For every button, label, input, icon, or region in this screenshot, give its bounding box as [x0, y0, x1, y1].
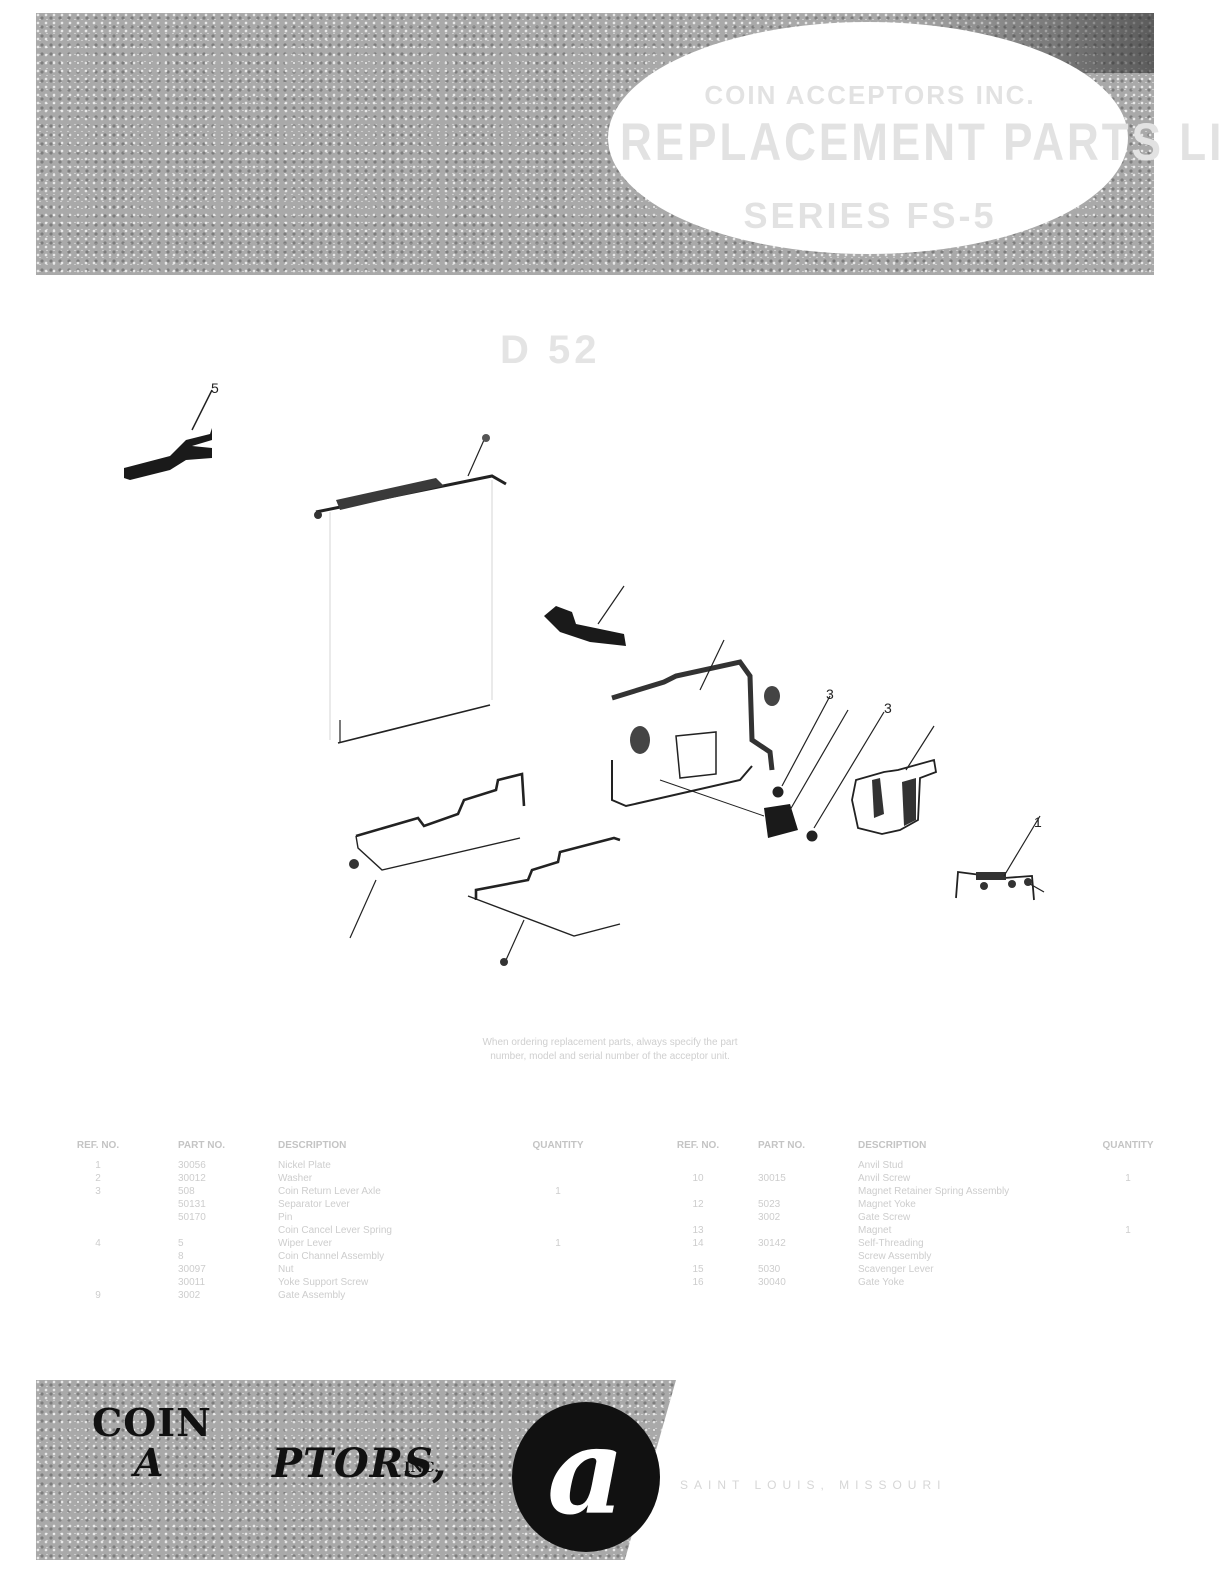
- exploded-parts-diagram: 5 3 3 1: [0, 360, 1224, 1020]
- part-number-cell: 30040: [758, 1277, 828, 1288]
- ordering-note-line2: number, model and serial number of the a…: [380, 1050, 840, 1064]
- description-cell: Magnet Retainer Spring Assembly: [858, 1186, 1118, 1197]
- quantity-cell: 1: [1098, 1225, 1158, 1236]
- header-series: SERIES FS-5: [620, 195, 1120, 237]
- part-coin-channel-frame: [612, 640, 798, 838]
- part-number-cell: 8: [178, 1251, 248, 1262]
- part-number-cell: 30015: [758, 1173, 828, 1184]
- col-ref: REF. NO.: [68, 1140, 128, 1151]
- description-cell: Coin Cancel Lever Spring: [278, 1225, 538, 1236]
- ref-cell: 10: [668, 1173, 728, 1184]
- ref-cell: 3: [68, 1186, 128, 1197]
- part-number-cell: 30056: [178, 1160, 248, 1171]
- parts-table-left: REF. NO. PART NO. DESCRIPTION QUANTITY 1…: [68, 1140, 588, 1303]
- table-header: REF. NO. PART NO. DESCRIPTION QUANTITY: [68, 1140, 588, 1160]
- table-row: Anvil Stud: [668, 1160, 1168, 1173]
- part-lower-plate-a: [349, 774, 524, 938]
- callout-1: 1: [1034, 814, 1042, 830]
- description-cell: Wiper Lever: [278, 1238, 538, 1249]
- ref-cell: 9: [68, 1290, 128, 1301]
- callout-3a: 3: [826, 686, 834, 702]
- description-cell: Scavenger Lever: [858, 1264, 1118, 1275]
- table-row: 93002Gate Assembly: [68, 1290, 588, 1303]
- table-row: Coin Cancel Lever Spring: [68, 1225, 588, 1238]
- table-row: 50131Separator Lever: [68, 1199, 588, 1212]
- quantity-cell: 1: [528, 1238, 588, 1249]
- table-row: 1030015Anvil Screw1: [668, 1173, 1168, 1186]
- table-row: 1430142Self-Threading: [668, 1238, 1168, 1251]
- ref-cell: 12: [668, 1199, 728, 1210]
- description-cell: Nickel Plate: [278, 1160, 538, 1171]
- table-row: 155030Scavenger Lever: [668, 1264, 1168, 1277]
- part-main-plate: [314, 434, 506, 743]
- part-number-cell: 5023: [758, 1199, 828, 1210]
- part-number-cell: 50131: [178, 1199, 248, 1210]
- company-name-line2a: A: [134, 1440, 163, 1485]
- description-cell: Coin Return Lever Axle: [278, 1186, 538, 1197]
- part-number-cell: 30142: [758, 1238, 828, 1249]
- col-desc: DESCRIPTION: [278, 1140, 538, 1151]
- ref-cell: 16: [668, 1277, 728, 1288]
- company-address: SAINT LOUIS, MISSOURI: [680, 1478, 1170, 1492]
- description-cell: Magnet Yoke: [858, 1199, 1118, 1210]
- table-row: 30011Yoke Support Screw: [68, 1277, 588, 1290]
- description-cell: Separator Lever: [278, 1199, 538, 1210]
- ref-cell: 2: [68, 1173, 128, 1184]
- ref-cell: 13: [668, 1225, 728, 1236]
- table-row: 3002Gate Screw: [668, 1212, 1168, 1225]
- table-row: 13Magnet1: [668, 1225, 1168, 1238]
- description-cell: Gate Screw: [858, 1212, 1118, 1223]
- header-company: COIN ACCEPTORS INC.: [620, 80, 1120, 111]
- ref-cell: 4: [68, 1238, 128, 1249]
- table-row: 230012Washer: [68, 1173, 588, 1186]
- description-cell: Magnet: [858, 1225, 1118, 1236]
- part-number-cell: 50170: [178, 1212, 248, 1223]
- description-cell: Gate Assembly: [278, 1290, 538, 1301]
- part-number-cell: 30012: [178, 1173, 248, 1184]
- company-suffix: INC.: [404, 1460, 439, 1476]
- part-small-clip: [956, 816, 1044, 900]
- table-row: 1630040Gate Yoke: [668, 1277, 1168, 1290]
- table-row: 130056Nickel Plate: [68, 1160, 588, 1173]
- table-row: 125023Magnet Yoke: [668, 1199, 1168, 1212]
- description-cell: Coin Channel Assembly: [278, 1251, 538, 1262]
- part-number-cell: 5: [178, 1238, 248, 1249]
- table-row: 45Wiper Lever1: [68, 1238, 588, 1251]
- callout-5: 5: [211, 380, 219, 396]
- part-lower-plate-b: [468, 838, 620, 966]
- quantity-cell: 1: [528, 1186, 588, 1197]
- part-number-cell: 3002: [178, 1290, 248, 1301]
- table-row: 8Coin Channel Assembly: [68, 1251, 588, 1264]
- col-ref: REF. NO.: [668, 1140, 728, 1151]
- ordering-note: When ordering replacement parts, always …: [380, 1036, 840, 1064]
- part-number-cell: 3002: [758, 1212, 828, 1223]
- description-cell: Screw Assembly: [858, 1251, 1118, 1262]
- ref-cell: 15: [668, 1264, 728, 1275]
- col-part: PART NO.: [178, 1140, 248, 1151]
- part-cam-lever: [544, 586, 626, 646]
- part-number-cell: 5030: [758, 1264, 828, 1275]
- description-cell: Gate Yoke: [858, 1277, 1118, 1288]
- col-qty: QUANTITY: [528, 1140, 588, 1151]
- description-cell: Washer: [278, 1173, 538, 1184]
- table-row: 50170Pin: [68, 1212, 588, 1225]
- description-cell: Nut: [278, 1264, 538, 1275]
- part-number-cell: 30097: [178, 1264, 248, 1275]
- header-title: REPLACEMENT PARTS LIST: [620, 113, 1120, 173]
- table-row: 30097Nut: [68, 1264, 588, 1277]
- col-desc: DESCRIPTION: [858, 1140, 1118, 1151]
- col-part: PART NO.: [758, 1140, 828, 1151]
- parts-table-right: REF. NO. PART NO. DESCRIPTION QUANTITY A…: [668, 1140, 1168, 1290]
- ordering-note-line1: When ordering replacement parts, always …: [380, 1036, 840, 1050]
- callout-3b: 3: [884, 700, 892, 716]
- description-cell: Pin: [278, 1212, 538, 1223]
- ref-cell: 1: [68, 1160, 128, 1171]
- company-logo-icon: a: [512, 1402, 660, 1552]
- table-header: REF. NO. PART NO. DESCRIPTION QUANTITY: [668, 1140, 1168, 1160]
- quantity-cell: 1: [1098, 1173, 1158, 1184]
- table-row: Screw Assembly: [668, 1251, 1168, 1264]
- part-number-cell: 30011: [178, 1277, 248, 1288]
- description-cell: Anvil Stud: [858, 1160, 1118, 1171]
- ref-cell: 14: [668, 1238, 728, 1249]
- part-forked-lever: [124, 390, 212, 480]
- col-qty: QUANTITY: [1098, 1140, 1158, 1151]
- description-cell: Self-Threading: [858, 1238, 1118, 1249]
- description-cell: Yoke Support Screw: [278, 1277, 538, 1288]
- table-row: Magnet Retainer Spring Assembly: [668, 1186, 1168, 1199]
- company-name-line1: COIN: [92, 1400, 212, 1445]
- logo-letter: a: [512, 1402, 660, 1552]
- description-cell: Anvil Screw: [858, 1173, 1118, 1184]
- part-bracket: [852, 726, 936, 834]
- part-number-cell: 508: [178, 1186, 248, 1197]
- table-row: 3508Coin Return Lever Axle1: [68, 1186, 588, 1199]
